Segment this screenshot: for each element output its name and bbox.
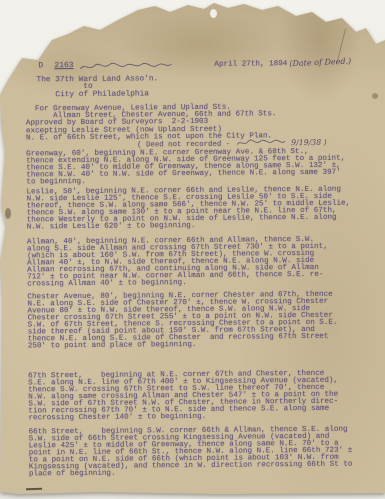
- paragraph-greenway: Greenway, 60', beginning N.E. corner Gre…: [26, 148, 376, 186]
- handwritten-date-note: (Date of Deed.): [289, 57, 351, 69]
- document-content: D 2163 April 27th, 1894 (Date of Deed.) …: [0, 0, 385, 499]
- paragraph-66th-street: 66th Street, beginning S.W. corner 66th …: [29, 426, 379, 478]
- header-row: D 2163 April 27th, 1894 (Date of Deed.): [0, 58, 383, 75]
- ref-letter: D: [38, 61, 43, 70]
- ref-number: 2163: [54, 61, 73, 70]
- paragraph-leslie: Leslie, 50', beginning N.E. corner 66th …: [26, 186, 376, 231]
- paragraph-chester-avenue: Chester Avenue, 80', beginning N.E. corn…: [27, 291, 377, 350]
- handwritten-scribble-icon: [78, 60, 174, 73]
- paragraph-allman: Allman, 40', beginning N.E. corner 66th …: [27, 236, 377, 288]
- document-date: April 27th, 1894: [214, 60, 287, 69]
- paper-wrapper: D 2163 April 27th, 1894 (Date of Deed.) …: [0, 0, 385, 499]
- parties-block: The 37th Ward Land Asso'n. to City of Ph…: [36, 76, 158, 99]
- paper-sheet: D 2163 April 27th, 1894 (Date of Deed.) …: [0, 0, 385, 499]
- paragraph-67th-street: 67th Street, beginning at N.E. corner 67…: [28, 370, 378, 422]
- handwritten-signature-icon: [235, 137, 287, 147]
- scanned-document: D 2163 April 27th, 1894 (Date of Deed.) …: [0, 0, 385, 499]
- handwritten-note-date: 9/19/38 ): [291, 138, 327, 147]
